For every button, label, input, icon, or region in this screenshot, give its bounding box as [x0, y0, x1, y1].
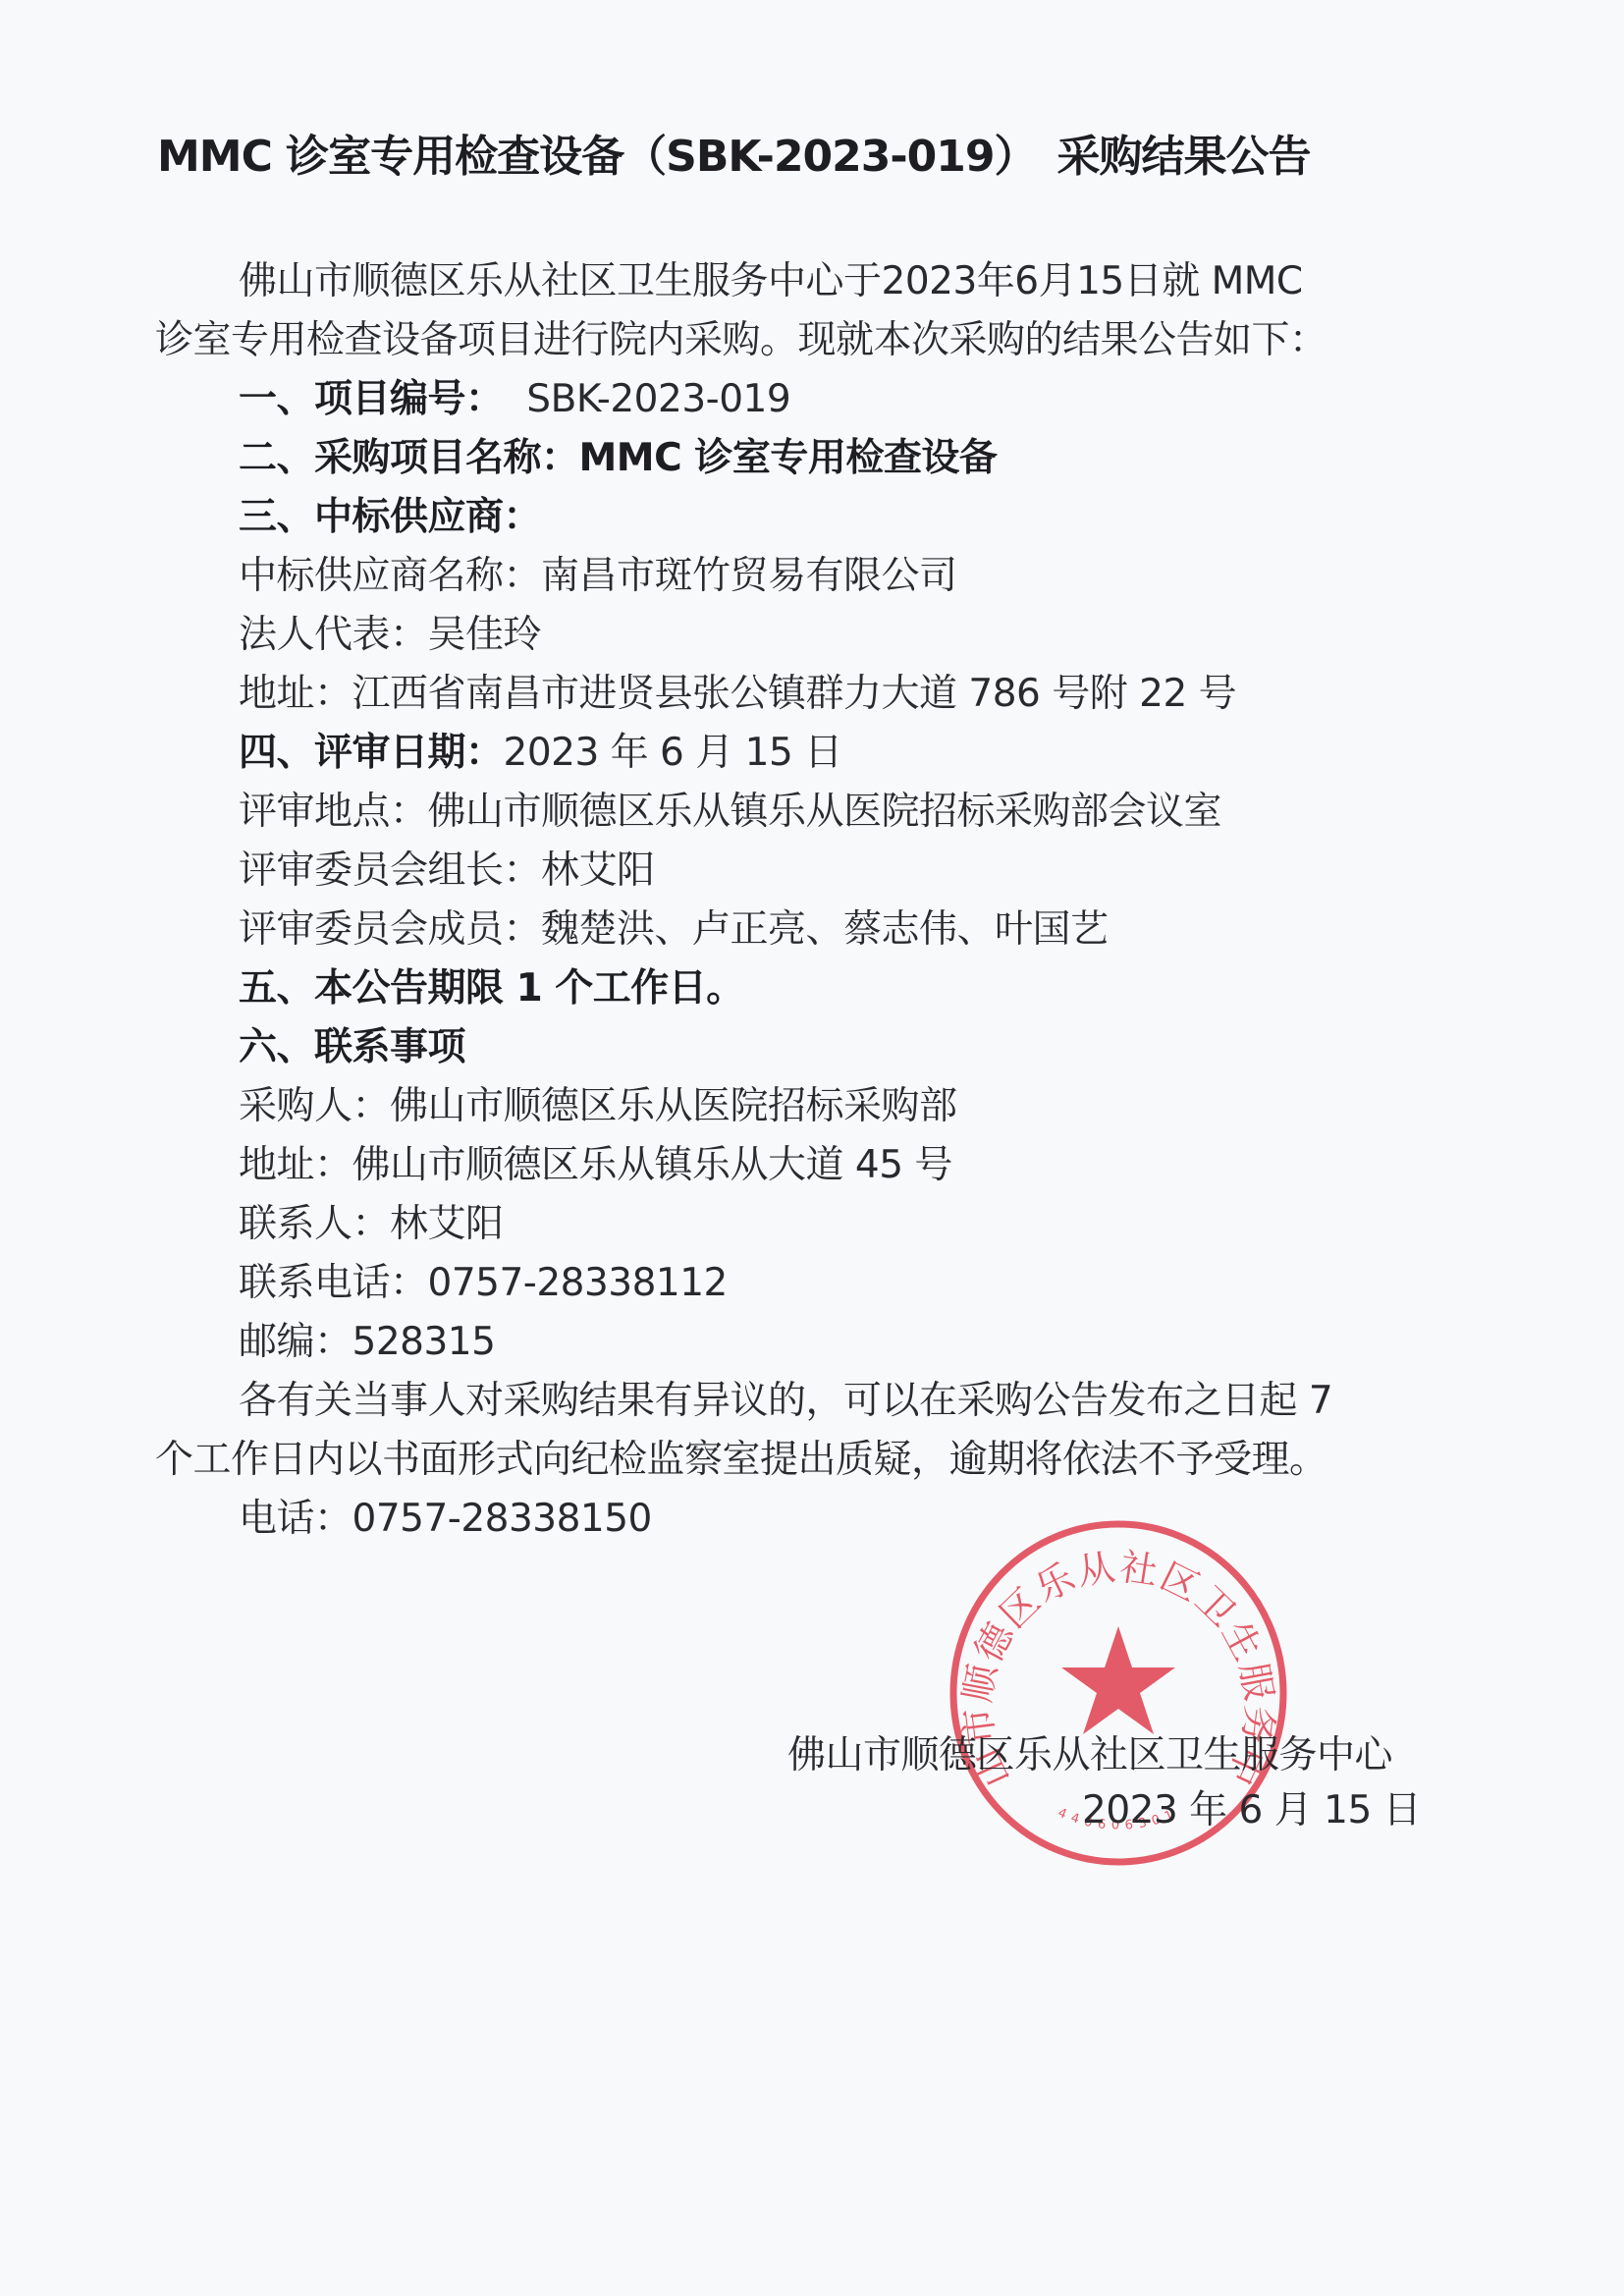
section-project-number: 一、项目编号： SBK-2023-019 [239, 370, 790, 429]
section-project-name: 二、采购项目名称：MMC 诊室专用检查设备 [239, 429, 997, 488]
purchaser: 采购人：佛山市顺德区乐从医院招标采购部 [239, 1077, 957, 1136]
contact-person: 联系人：林艾阳 [239, 1195, 504, 1254]
section-contact: 六、联系事项 [239, 1018, 465, 1077]
intro-line-2: 诊室专用检查设备项目进行院内采购。现就本次采购的结果公告如下： [155, 311, 1327, 370]
section-heading: 一、项目编号： [239, 377, 504, 421]
review-date-value: 2023 年 6 月 15 日 [504, 731, 842, 775]
document-page: MMC 诊室专用检查设备（SBK-2023-019） 采购结果公告 佛山市顺德区… [0, 0, 1624, 2296]
section-winning-supplier: 三、中标供应商： [239, 488, 541, 547]
signature-organization: 佛山市顺德区乐从社区卫生服务中心 [787, 1726, 1392, 1785]
signature-date: 2023 年 6 月 15 日 [1082, 1781, 1421, 1840]
supplier-address: 地址：江西省南昌市进贤县张公镇群力大道 786 号附 22 号 [239, 665, 1236, 724]
section-review-date: 四、评审日期：2023 年 6 月 15 日 [239, 724, 842, 783]
purchaser-address: 地址：佛山市顺德区乐从镇乐从大道 45 号 [239, 1136, 952, 1195]
committee-leader: 评审委员会组长：林艾阳 [239, 842, 655, 901]
objection-line-2: 个工作日内以书面形式向纪检监察室提出质疑，逾期将依法不予受理。 [155, 1431, 1327, 1490]
committee-members: 评审委员会成员：魏楚洪、卢正亮、蔡志伟、叶国艺 [239, 901, 1109, 959]
review-location: 评审地点：佛山市顺德区乐从镇乐从医院招标采购部会议室 [239, 783, 1221, 842]
intro-line-1: 佛山市顺德区乐从社区卫生服务中心于2023年6月15日就 MMC [239, 252, 1303, 311]
section-heading: 四、评审日期： [239, 731, 504, 775]
supplier-name: 中标供应商名称：南昌市斑竹贸易有限公司 [239, 547, 957, 606]
objection-phone: 电话：0757-28338150 [239, 1490, 652, 1549]
project-number-value: SBK-2023-019 [504, 377, 791, 421]
contact-phone: 联系电话：0757-28338112 [239, 1254, 728, 1313]
section-notice-period: 五、本公告期限 1 个工作日。 [239, 959, 744, 1018]
legal-representative: 法人代表：吴佳玲 [239, 606, 541, 665]
objection-line-1: 各有关当事人对采购结果有异议的，可以在采购公告发布之日起 7 [239, 1372, 1332, 1431]
page-title: MMC 诊室专用检查设备（SBK-2023-019） 采购结果公告 [157, 126, 1443, 189]
postcode: 邮编：528315 [239, 1313, 495, 1372]
star-icon [1061, 1626, 1175, 1734]
